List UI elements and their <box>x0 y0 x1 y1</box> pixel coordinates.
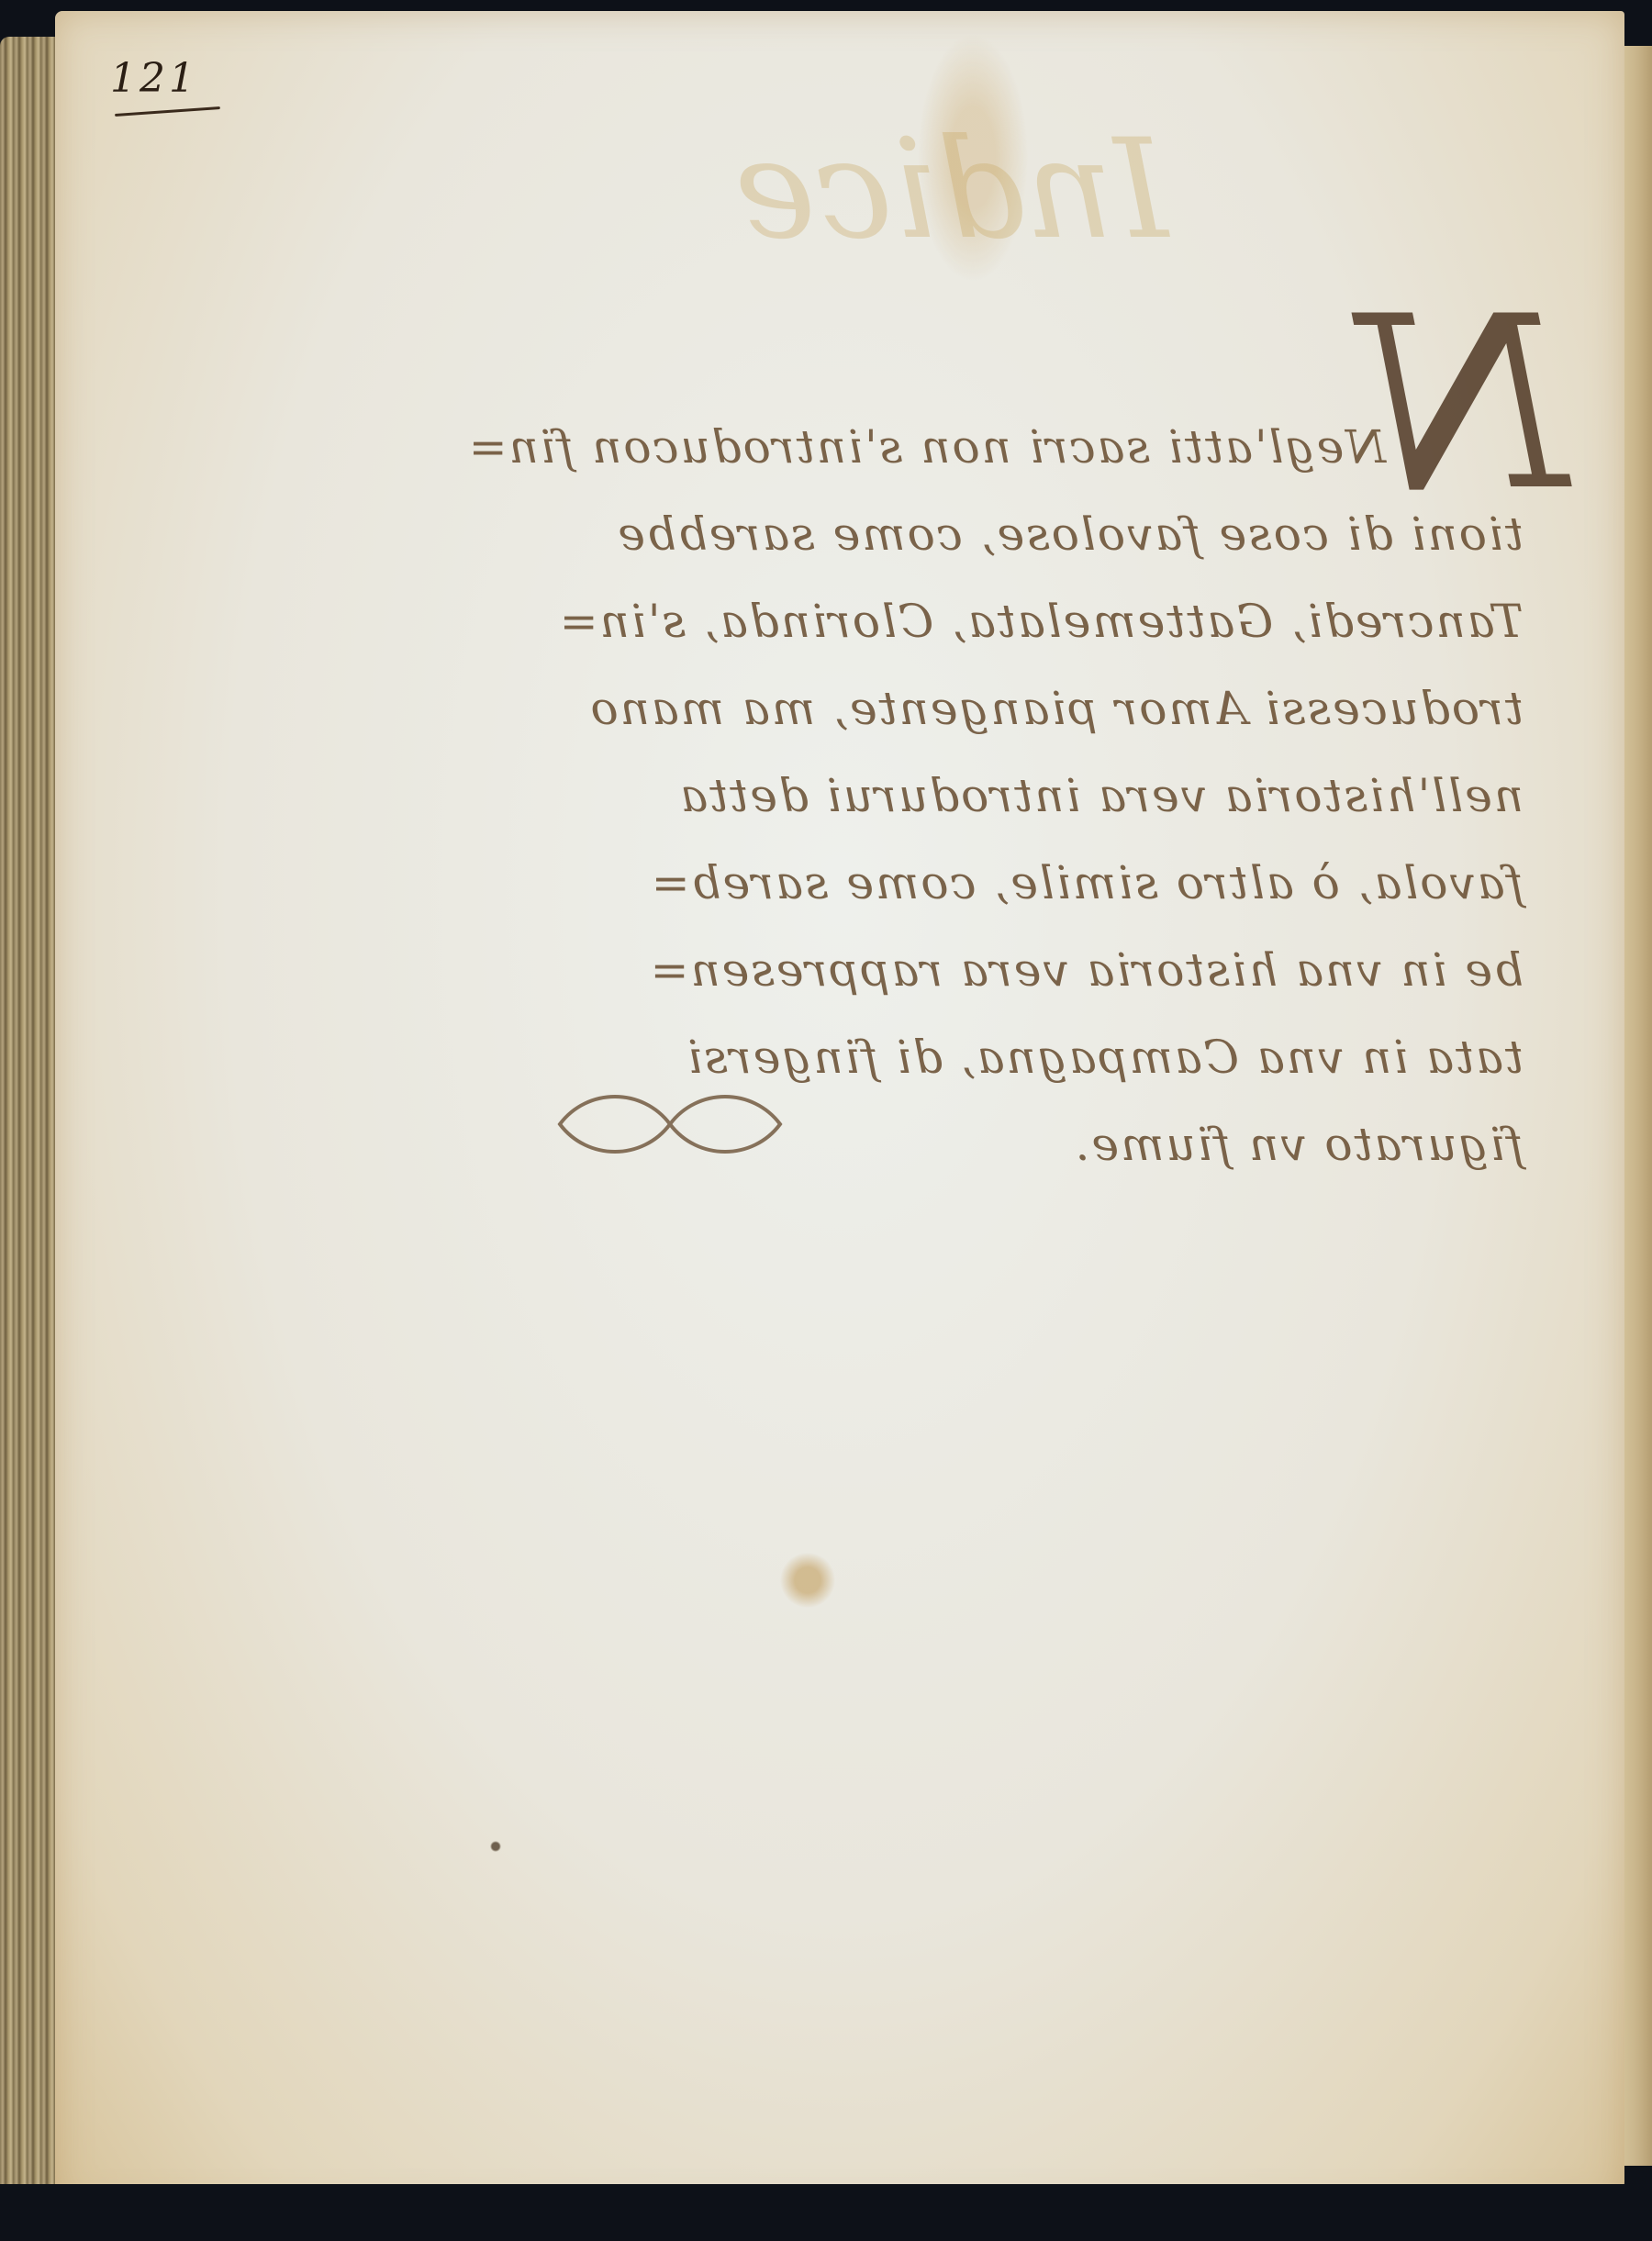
text-line: Tancredi, Gattemelata, Clorinda, s'in= <box>312 578 1524 665</box>
background-cloth <box>0 2184 1652 2241</box>
text-line: troducessi Amor piangente, ma mano <box>312 665 1524 753</box>
bleed-through-heading: Indice <box>734 110 1168 270</box>
folio-number: 121 <box>110 55 198 102</box>
text-line: nell'historia vera introdurui detta <box>312 753 1524 840</box>
text-line: favola, ò altro simile, come sareb= <box>312 840 1524 927</box>
manuscript-text: N Negl'atti sacri non s'introducon fin= … <box>312 404 1524 1188</box>
text-line: be in vna historia vera rappresen= <box>312 927 1524 1014</box>
text-line: tata in vna Campagna, di fingersi <box>312 1014 1524 1101</box>
text-line: figurato vn fiume. <box>312 1101 1524 1188</box>
text-line: tioni di cose favolose, come sarebbe <box>312 491 1524 578</box>
decorated-initial: N <box>1358 266 1568 543</box>
flourish-ornament-icon <box>551 1083 789 1165</box>
text-line: Negl'atti sacri non s'introducon fin= <box>312 404 1524 491</box>
